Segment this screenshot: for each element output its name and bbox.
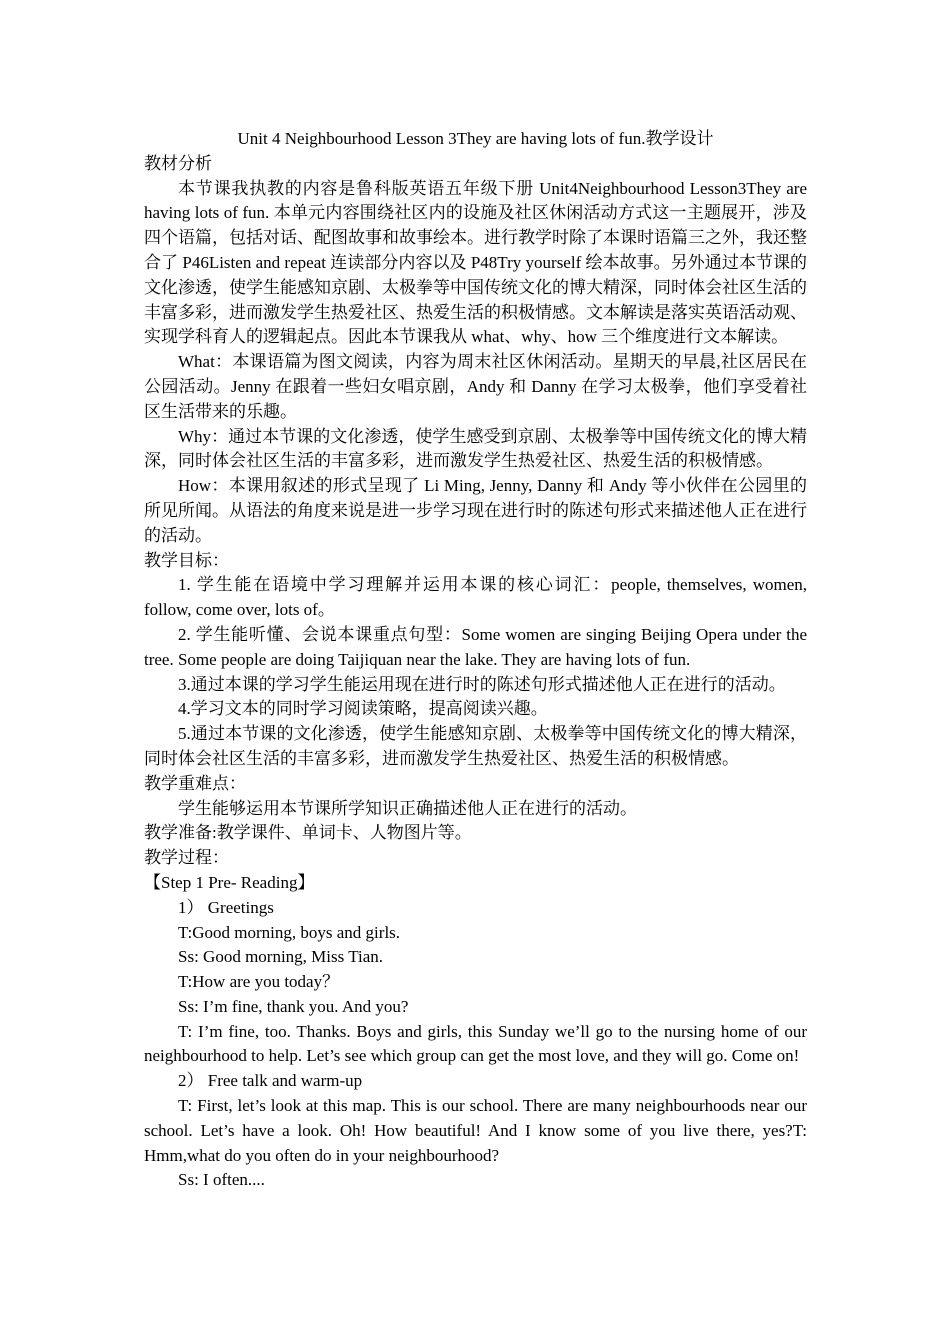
dialog-line: 1） Greetings (144, 896, 807, 921)
document-body: Unit 4 Neighbourhood Lesson 3They are ha… (144, 127, 807, 1193)
section-heading: 教学过程： (144, 846, 807, 871)
body-paragraph: What：本课语篇为图文阅读，内容为周末社区休闲活动。星期天的早晨,社区居民在公… (144, 350, 807, 424)
section-heading: 【Step 1 Pre- Reading】 (144, 871, 807, 896)
document-page: Unit 4 Neighbourhood Lesson 3They are ha… (0, 0, 950, 1344)
body-paragraph: 4.学习文本的同时学习阅读策略，提高阅读兴趣。 (144, 697, 807, 722)
dialog-line: T: First, let’s look at this map. This i… (144, 1094, 807, 1168)
body-paragraph: 5.通过本节课的文化渗透，使学生能感知京剧、太极拳等中国传统文化的博大精深，同时… (144, 722, 807, 772)
body-paragraph: Why：通过本节课的文化渗透，使学生感受到京剧、太极拳等中国传统文化的博大精深，… (144, 425, 807, 475)
body-paragraph: 本节课我执教的内容是鲁科版英语五年级下册 Unit4Neighbourhood … (144, 177, 807, 351)
dialog-line: 2） Free talk and warm-up (144, 1069, 807, 1094)
section-heading: 教学重难点： (144, 772, 807, 797)
body-paragraph: 2. 学生能听懂、会说本课重点句型：Some women are singing… (144, 623, 807, 673)
dialog-line: T:How are you today？ (144, 970, 807, 995)
dialog-line: Ss: I often.... (144, 1168, 807, 1193)
dialog-line: T: I’m fine, too. Thanks. Boys and girls… (144, 1020, 807, 1070)
body-paragraph: 1. 学生能在语境中学习理解并运用本课的核心词汇：people, themsel… (144, 573, 807, 623)
dialog-line: Ss: I’m fine, thank you. And you? (144, 995, 807, 1020)
body-paragraph: How：本课用叙述的形式呈现了 Li Ming, Jenny, Danny 和 … (144, 474, 807, 548)
document-title: Unit 4 Neighbourhood Lesson 3They are ha… (144, 127, 807, 152)
body-paragraph: 3.通过本课的学习学生能运用现在进行时的陈述句形式描述他人正在进行的活动。 (144, 673, 807, 698)
dialog-line: T:Good morning, boys and girls. (144, 921, 807, 946)
body-paragraph: 学生能够运用本节课所学知识正确描述他人正在进行的活动。 (144, 797, 807, 822)
dialog-line: Ss: Good morning, Miss Tian. (144, 945, 807, 970)
section-heading: 教材分析 (144, 152, 807, 177)
section-heading: 教学准备:教学课件、单词卡、人物图片等。 (144, 821, 807, 846)
section-heading: 教学目标： (144, 549, 807, 574)
